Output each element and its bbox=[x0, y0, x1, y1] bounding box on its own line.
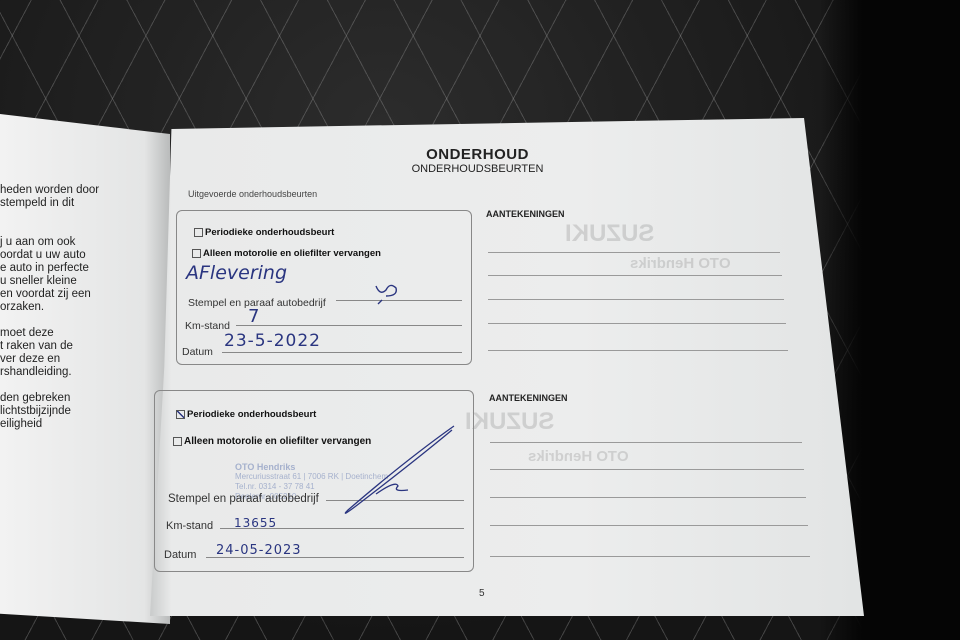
notes-line bbox=[488, 350, 788, 351]
notes-line bbox=[490, 497, 806, 498]
km-label: Km-stand bbox=[166, 520, 213, 532]
notes-line bbox=[490, 442, 802, 443]
notes-line bbox=[488, 323, 786, 324]
notes-line bbox=[490, 556, 810, 557]
ghost-brand-imprint: SUZUKI bbox=[465, 408, 554, 436]
date-value: 23-5-2022 bbox=[224, 331, 321, 351]
notes-heading: AANTEKENINGEN bbox=[489, 393, 568, 403]
section-label: Uitgevoerde onderhoudsbeurten bbox=[188, 189, 317, 199]
ghost-dealer-imprint: OTO Hendriks bbox=[528, 448, 629, 465]
stamp-label: Stempel en paraaf autobedrijf bbox=[168, 493, 319, 505]
signature-scribble bbox=[336, 420, 460, 520]
left-page: heden worden door stempeld in dit j u aa… bbox=[0, 114, 170, 624]
signature-mark bbox=[372, 280, 402, 306]
km-line bbox=[236, 325, 462, 326]
date-value: 24-05-2023 bbox=[216, 543, 302, 558]
oil-change-checkbox[interactable]: Alleen motorolie en oliefilter vervangen bbox=[192, 248, 381, 259]
left-paragraph: moet deze t raken van de ver deze en rsh… bbox=[0, 327, 160, 379]
ghost-dealer-imprint: OTO Hendriks bbox=[630, 255, 731, 272]
date-line bbox=[222, 352, 462, 353]
left-paragraph: den gebreken lichtstbijzijnde eiligheid bbox=[0, 392, 160, 431]
page-title: ONDERHOUD bbox=[415, 146, 540, 163]
checkbox-icon bbox=[173, 437, 182, 446]
page-subtitle: ONDERHOUDSBEURTEN bbox=[405, 163, 550, 175]
notes-line bbox=[490, 469, 804, 470]
left-paragraph: j u aan om ook oordat u uw auto e auto i… bbox=[0, 236, 160, 314]
checkbox-icon bbox=[194, 228, 203, 237]
km-value: 13655 bbox=[234, 516, 277, 530]
notes-line bbox=[490, 525, 808, 526]
left-paragraph: heden worden door stempeld in dit bbox=[0, 184, 160, 210]
notes-line bbox=[488, 299, 784, 300]
page-number: 5 bbox=[479, 588, 485, 599]
left-page-text: heden worden door stempeld in dit j u aa… bbox=[0, 184, 160, 444]
periodic-service-checkbox[interactable]: Periodieke onderhoudsbeurt bbox=[194, 227, 334, 238]
periodic-service-checkbox[interactable]: Periodieke onderhoudsbeurt bbox=[176, 409, 316, 420]
checkbox-checked-icon bbox=[176, 410, 185, 419]
checkbox-icon bbox=[192, 249, 201, 258]
notes-heading: AANTEKENINGEN bbox=[486, 209, 565, 219]
km-value: 7 bbox=[248, 306, 259, 327]
notes-line bbox=[488, 275, 782, 276]
date-label: Datum bbox=[182, 346, 213, 358]
date-label: Datum bbox=[164, 549, 196, 561]
handwritten-note: AFlevering bbox=[186, 262, 287, 284]
ghost-brand-imprint: SUZUKI bbox=[565, 220, 654, 248]
notes-line bbox=[488, 252, 780, 253]
